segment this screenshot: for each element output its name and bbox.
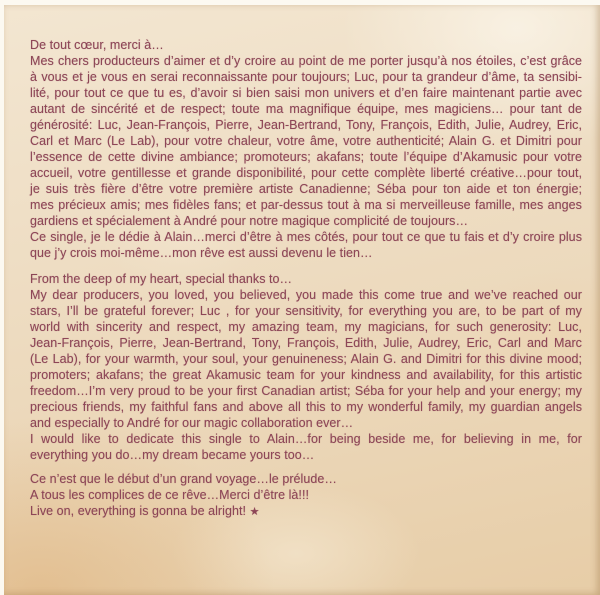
text-line: stars, I’ll be grateful forever; Luc , f… xyxy=(30,303,582,319)
text-line: promoters; akafans; the great Akamusic t… xyxy=(30,367,582,383)
text-line: Mes chers producteurs d’aimer et d’y cro… xyxy=(30,53,582,69)
text-line: From the deep of my heart, special thank… xyxy=(30,271,582,287)
french-thanks-paragraph: De tout cœur, merci à… Mes chers product… xyxy=(30,37,582,261)
text-line: freedom…I’m very proud to be your first … xyxy=(30,383,582,399)
booklet-page: De tout cœur, merci à… Mes chers product… xyxy=(0,0,600,595)
text-line: je suis très fière d’être votre première… xyxy=(30,181,582,197)
text-line: precious friends, my faithful fans and a… xyxy=(30,399,582,415)
text-line: Ce single, je le dédie à Alain…merci d’ê… xyxy=(30,229,582,245)
liner-notes-text: De tout cœur, merci à… Mes chers product… xyxy=(30,37,582,520)
text-line: gardiens et spécialement à André pour no… xyxy=(30,213,582,229)
text-line: l’essence de cette divine ambiance; prom… xyxy=(30,149,582,165)
text-line: and especially to André for our magic co… xyxy=(30,415,582,431)
text-line: (Le Lab), for your warmth, your soul, yo… xyxy=(30,351,582,367)
text-line: générosité: Luc, Jean-François, Pierre, … xyxy=(30,117,582,133)
text-line: accueil, votre gentillesse et grande dis… xyxy=(30,165,582,181)
text-line: autant de sincérité et de respect; toute… xyxy=(30,101,582,117)
star-icon: ★ xyxy=(250,506,260,518)
text-line: que j’y crois moi-même…mon rêve est auss… xyxy=(30,245,582,261)
text-line: mes précieux amis; mes fidèles fans; et … xyxy=(30,197,582,213)
closing-lines-paragraph: Ce n’est que le début d’un grand voyage…… xyxy=(30,471,582,520)
text-line: A tous les complices de ce rêve…Merci d’… xyxy=(30,487,582,503)
text-line: De tout cœur, merci à… xyxy=(30,37,582,53)
text-line: à vous et je vous en serai reconnaissant… xyxy=(30,69,582,85)
text-line: My dear producers, you loved, you believ… xyxy=(30,287,582,303)
english-thanks-paragraph: From the deep of my heart, special thank… xyxy=(30,271,582,463)
text-line: Ce n’est que le début d’un grand voyage…… xyxy=(30,471,582,487)
text-line: I would like to dedicate this single to … xyxy=(30,431,582,447)
text-line: Jean-François, Pierre, Jean-Bertrand, To… xyxy=(30,335,582,351)
text-line: Live on, everything is gonna be alright!… xyxy=(30,503,582,520)
closing-live-on-line: Live on, everything is gonna be alright! xyxy=(30,504,246,518)
text-line: world with sincerity and respect, my ama… xyxy=(30,319,582,335)
text-line: lité, pour tout ce que tu es, d’avoir si… xyxy=(30,85,582,101)
text-line: Carl et Marc (Le Lab), pour votre chaleu… xyxy=(30,133,582,149)
text-line: everything you do…my dream became yours … xyxy=(30,447,582,463)
